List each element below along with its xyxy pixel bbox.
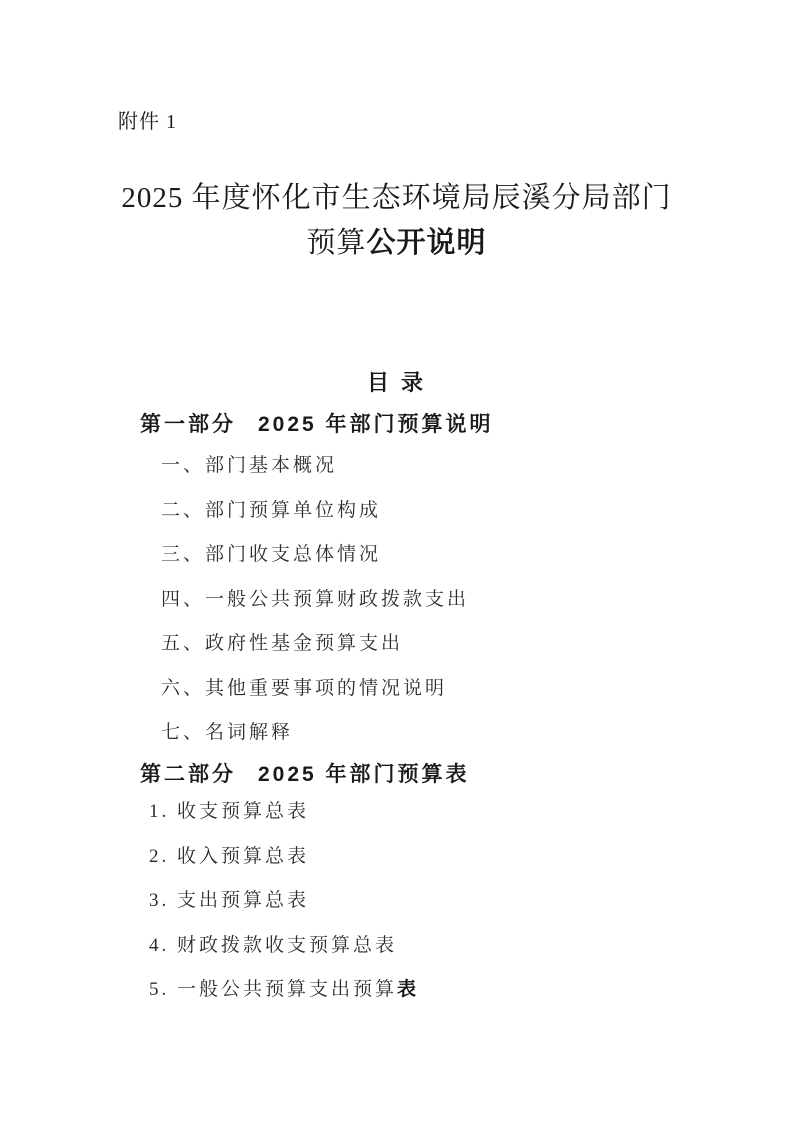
toc-item: 五、政府性基金预算支出 [161, 622, 469, 667]
toc-item-label: 一、部门基本概况 [161, 455, 337, 476]
toc-part2-title: 2025 年部门预算表 [258, 763, 470, 786]
toc-item: 七、名词解释 [161, 711, 469, 756]
toc-item-label: 3. 支出预算总表 [149, 890, 309, 911]
toc-item-label: 七、名词解释 [161, 722, 293, 743]
toc-part2-label: 第二部分 [140, 763, 236, 786]
toc-item-label: 5. 一般公共预算支出预算 [149, 979, 397, 1000]
toc-item-label: 1. 收支预算总表 [149, 801, 309, 822]
document-title-line2: 预算公开说明 [0, 221, 793, 266]
document-title-line2-regular: 预算 [306, 227, 366, 259]
toc-part2-heading: 第二部分2025 年部门预算表 [140, 758, 470, 788]
toc-part2-items: 1. 收支预算总表 2. 收入预算总表 3. 支出预算总表 4. 财政拨款收支预… [149, 790, 419, 1013]
toc-item-label: 2. 收入预算总表 [149, 846, 309, 867]
toc-item: 2. 收入预算总表 [149, 835, 419, 880]
toc-item-label: 四、一般公共预算财政拨款支出 [161, 589, 469, 610]
toc-item-label: 二、部门预算单位构成 [161, 500, 381, 521]
toc-part1-label: 第一部分 [140, 413, 236, 436]
toc-item: 1. 收支预算总表 [149, 790, 419, 835]
toc-item: 六、其他重要事项的情况说明 [161, 667, 469, 712]
toc-item-label: 4. 财政拨款收支预算总表 [149, 935, 397, 956]
document-title: 2025 年度怀化市生态环境局辰溪分局部门 预算公开说明 [0, 176, 793, 266]
toc-item: 三、部门收支总体情况 [161, 533, 469, 578]
toc-item: 四、一般公共预算财政拨款支出 [161, 578, 469, 623]
toc-part1-heading: 第一部分2025 年部门预算说明 [140, 408, 494, 438]
document-title-line1: 2025 年度怀化市生态环境局辰溪分局部门 [0, 176, 793, 221]
toc-item-label: 六、其他重要事项的情况说明 [161, 678, 447, 699]
toc-item-label: 三、部门收支总体情况 [161, 544, 381, 565]
toc-item: 一、部门基本概况 [161, 444, 469, 489]
toc-heading: 目 录 [0, 366, 793, 397]
document-title-line2-bold: 公开说明 [367, 227, 487, 259]
attachment-label: 附件 1 [118, 105, 177, 134]
toc-item: 3. 支出预算总表 [149, 879, 419, 924]
toc-item: 4. 财政拨款收支预算总表 [149, 924, 419, 969]
toc-item: 5. 一般公共预算支出预算表 [149, 968, 419, 1013]
document-page: 附件 1 2025 年度怀化市生态环境局辰溪分局部门 预算公开说明 目 录 第一… [0, 0, 793, 1122]
toc-part1-title: 2025 年部门预算说明 [258, 413, 494, 436]
toc-item-label: 五、政府性基金预算支出 [161, 633, 403, 654]
toc-item-bold-suffix: 表 [397, 979, 419, 1000]
toc-part1-items: 一、部门基本概况 二、部门预算单位构成 三、部门收支总体情况 四、一般公共预算财… [161, 444, 469, 756]
toc-item: 二、部门预算单位构成 [161, 489, 469, 534]
